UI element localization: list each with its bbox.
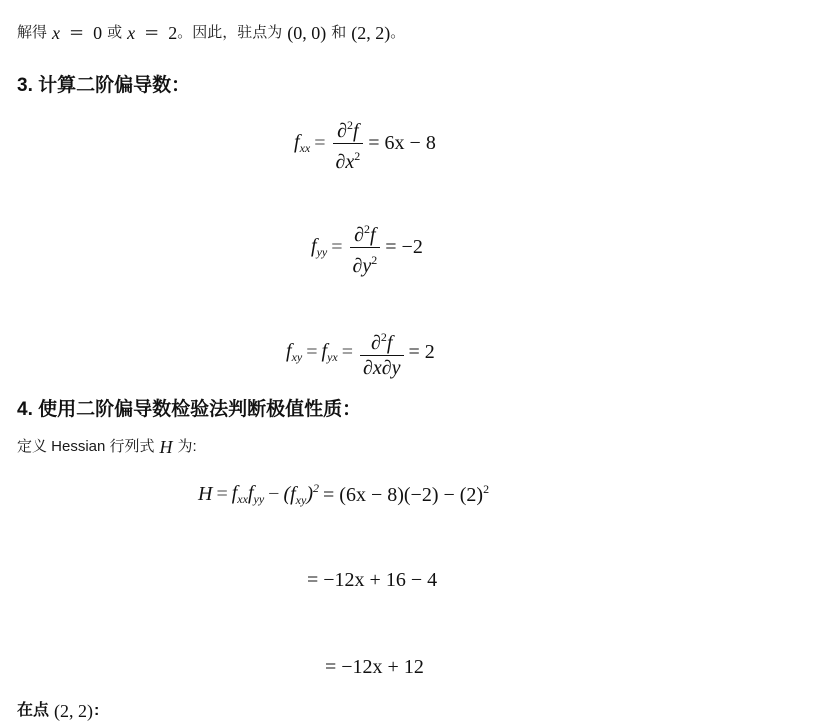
- hessian-equation-1: H = fxx fyy − (fxy)2 = (6x − 8)(−2) − (2…: [198, 481, 489, 508]
- at-point-label: 在点: [17, 699, 49, 723]
- fxx-lhs: fxx: [294, 131, 310, 156]
- fyy-lhs: fyy: [311, 235, 327, 260]
- hessian-equation-3: = −12x + 12: [325, 656, 424, 679]
- intro-and: 和: [331, 23, 346, 43]
- stationary-point-1: (0, 0): [287, 23, 326, 43]
- define-prefix: 定义 Hessian 行列式: [17, 437, 155, 457]
- at-point-line: 在点 (2, 2) :: [17, 699, 99, 723]
- stationary-point-2: (2, 2): [351, 23, 390, 43]
- math-x: x: [127, 23, 135, 43]
- math-equals: =: [140, 23, 163, 43]
- at-point-value: (2, 2): [54, 701, 93, 722]
- fraction-d2f-dx2: ∂2f ∂x2: [333, 114, 364, 173]
- fxy-rhs: = 2: [407, 341, 435, 364]
- equals-sign: =: [327, 236, 346, 259]
- equals-sign: =: [302, 341, 321, 364]
- minus-sign: −: [264, 483, 283, 506]
- intro-line: 解得 x = 0 或 x = 2 。因此，驻点为 (0, 0) 和 (2, 2)…: [17, 23, 405, 43]
- fyx-term: fyx: [322, 340, 338, 365]
- intro-end: 。: [390, 23, 405, 43]
- term-fyy: fyy: [248, 482, 264, 507]
- fxy-lhs: fxy: [286, 340, 302, 365]
- section-3-heading: 3. 计算二阶偏导数：: [17, 74, 190, 98]
- hessian-rhs: = (6x − 8)(−2) − (2)2: [319, 482, 489, 507]
- equals-sign: =: [310, 132, 329, 155]
- term-fxy-squared: (fxy)2: [283, 481, 319, 508]
- intro-text: 。因此，驻点为: [177, 23, 282, 43]
- equals-sign: =: [212, 483, 231, 506]
- math-equals: =: [65, 23, 88, 43]
- equals-sign: =: [338, 341, 357, 364]
- math-zero: 0: [93, 23, 102, 43]
- fraction-d2f-dxdy: ∂2f ∂x∂y: [360, 326, 404, 379]
- hessian-H: H: [198, 483, 212, 506]
- math-two: 2: [168, 23, 177, 43]
- fraction-d2f-dy2: ∂2f ∂y2: [350, 218, 381, 277]
- intro-prefix: 解得: [17, 23, 47, 43]
- math-H: H: [160, 437, 173, 457]
- term-fxx: fxx: [232, 482, 248, 507]
- equation-fyy: fyy = ∂2f ∂y2 = −2: [311, 218, 423, 277]
- at-point-colon: :: [94, 699, 99, 723]
- fyy-rhs: = −2: [383, 236, 423, 259]
- math-x: x: [52, 23, 60, 43]
- hessian-equation-2: = −12x + 16 − 4: [307, 569, 437, 592]
- intro-or: 或: [107, 23, 122, 43]
- equation-fxx: fxx = ∂2f ∂x2 = 6x − 8: [294, 114, 436, 173]
- fxx-rhs: = 6x − 8: [366, 132, 436, 155]
- equation-fxy: fxy = fyx = ∂2f ∂x∂y = 2: [286, 326, 435, 379]
- section-4-heading: 4. 使用二阶偏导数检验法判断极值性质：: [17, 398, 361, 422]
- hessian-definition: 定义 Hessian 行列式 H 为:: [17, 437, 197, 457]
- define-suffix: 为:: [178, 437, 197, 457]
